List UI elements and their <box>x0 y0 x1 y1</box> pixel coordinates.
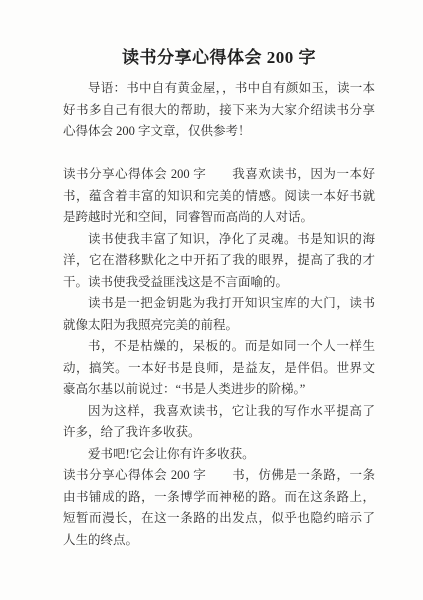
body-paragraph-7: 读书分享心得体会 200 字 书，仿佛是一条路，一条由书铺成的路，一条博学而神秘… <box>63 465 375 551</box>
body-paragraph-2: 读书使我丰富了知识，净化了灵魂。书是知识的海洋，它在潜移默化之中开拓了我的眼界，… <box>63 229 375 294</box>
intro-paragraph: 导语：书中自有黄金屋，，书中自有颜如玉，读一本好书多自己有很大的帮助，接下来为大… <box>63 78 375 143</box>
body-paragraph-4: 书，不是枯燥的，呆板的。而是如同一个人一样生动，搞笑。一本好书是良师，是益友，是… <box>63 336 375 401</box>
body-paragraph-5: 因为这样，我喜欢读书，它让我的写作水平提高了许多，给了我许多收获。 <box>63 401 375 444</box>
body-paragraph-3: 读书是一把金钥匙为我打开知识宝库的大门，读书就像太阳为我照亮完美的前程。 <box>63 293 375 336</box>
body-paragraph-6: 爱书吧!它会让你有许多收获。 <box>63 444 375 466</box>
document-page: 读书分享心得体会 200 字 导语：书中自有黄金屋，，书中自有颜如玉，读一本好书… <box>0 0 423 600</box>
document-title: 读书分享心得体会 200 字 <box>63 46 375 70</box>
body-paragraph-1: 读书分享心得体会 200 字 我喜欢读书，因为一本好书，蕴含着丰富的知识和完美的… <box>63 164 375 229</box>
